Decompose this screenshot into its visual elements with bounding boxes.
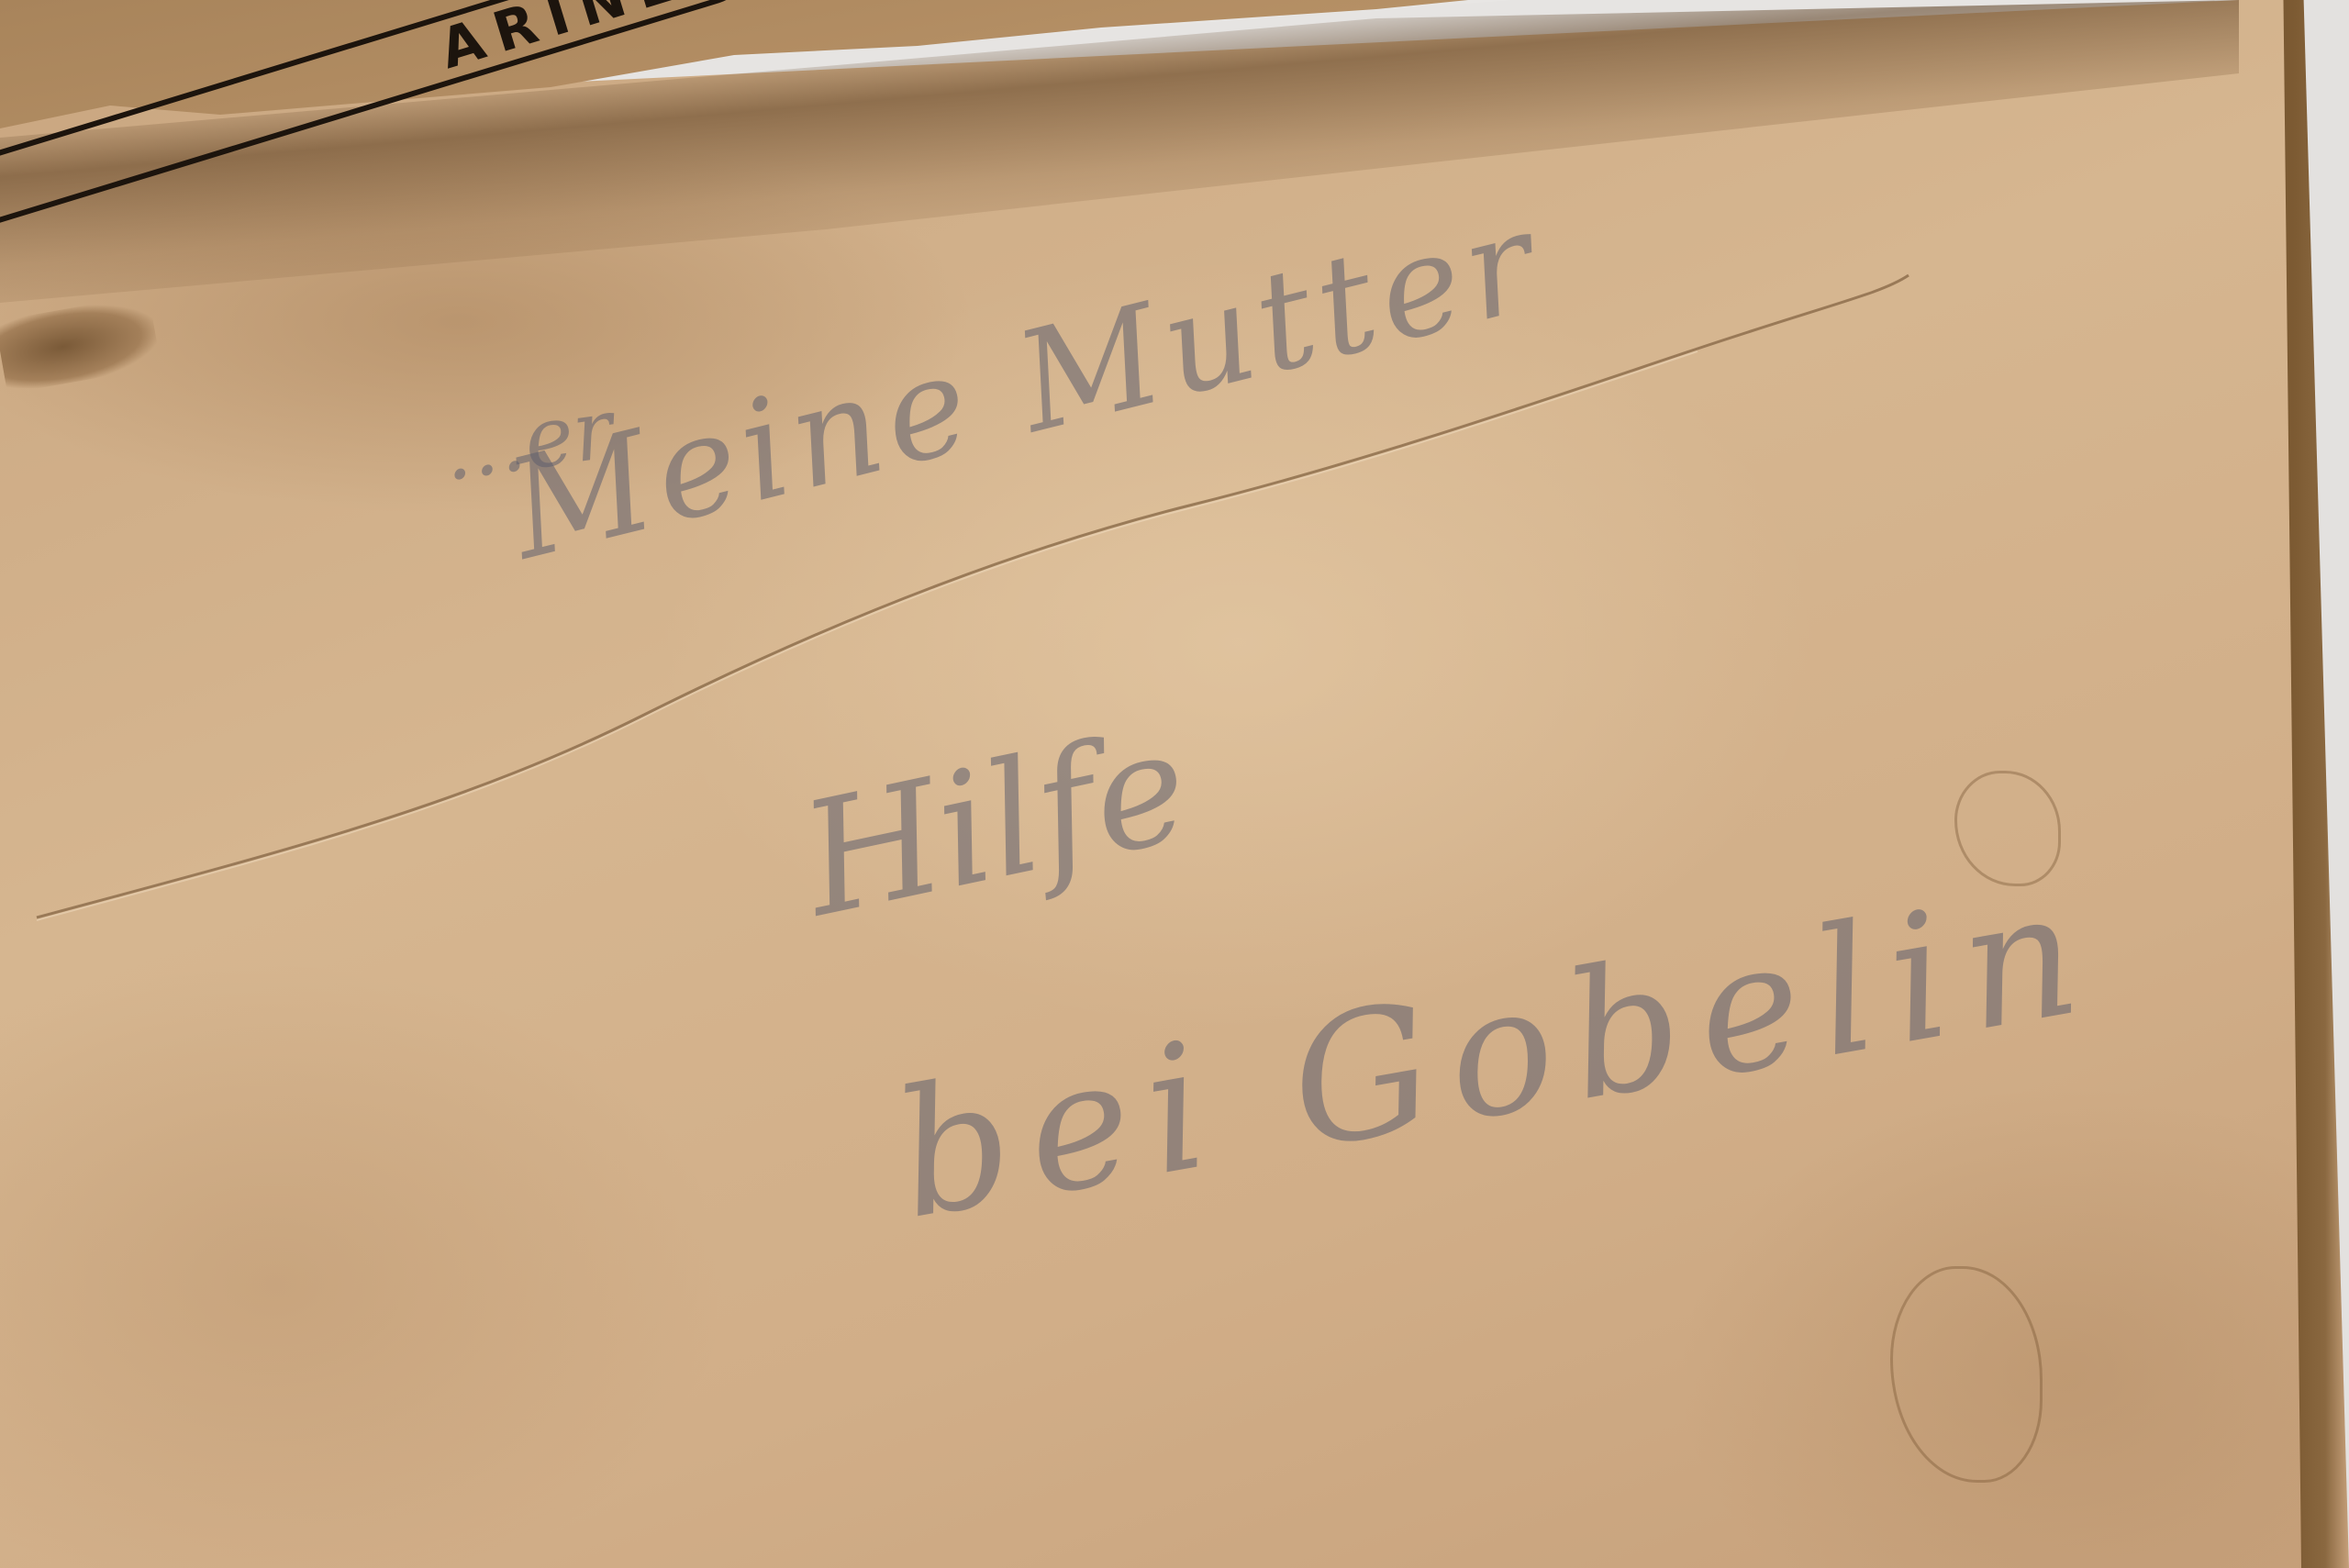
photo-scene: ARINE …er Meine Mutter Hilfe bei Gobelin <box>0 0 2349 1568</box>
